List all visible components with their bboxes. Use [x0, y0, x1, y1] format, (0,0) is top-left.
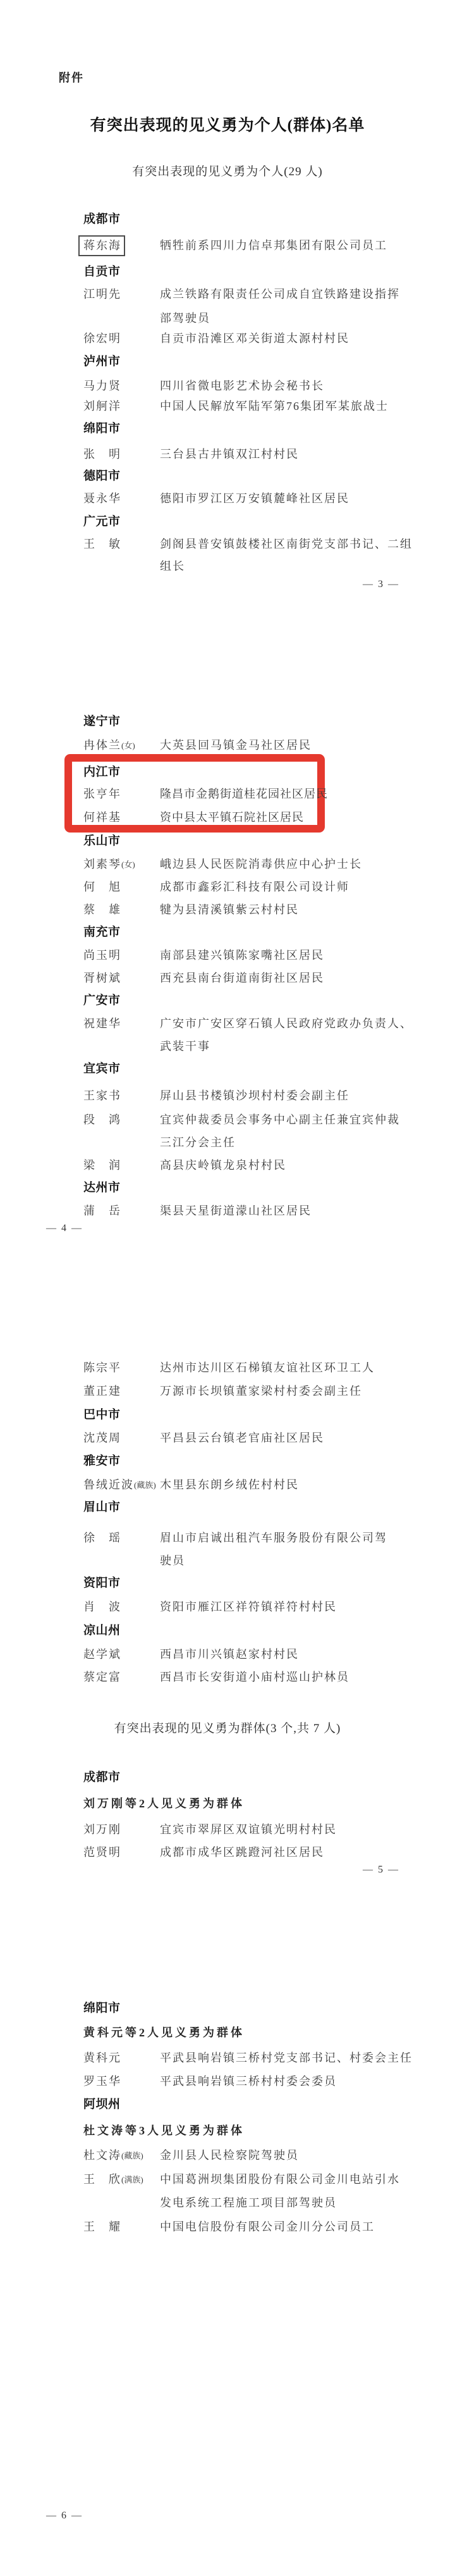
- person-desc-line: 平武县响岩镇三桥村党支部书记、村委会主任: [160, 2052, 413, 2065]
- person-desc-line: 眉山市启诚出租汽车服务股份有限公司驾: [160, 1532, 387, 1545]
- person-name: 刘舸洋: [83, 400, 120, 413]
- person-name: 鲁绒近波: [83, 1478, 133, 1492]
- person-desc-line: 西昌市川兴镇赵家村村民: [160, 1648, 299, 1661]
- person-desc-line: 成都市鑫彩汇科技有限公司设计师: [160, 881, 349, 894]
- person-desc-line: 南部县建兴镇陈家嘴社区居民: [160, 949, 324, 962]
- person-name-suffix: (藏族): [121, 2152, 143, 2161]
- person-desc-line: 三江分会主任: [160, 1136, 236, 1149]
- person-desc-line: 平武县响岩镇三桥村村委会委员: [160, 2075, 337, 2088]
- group-heading: 黄科元等2人见义勇为群体: [83, 2026, 245, 2040]
- person-desc-line: 屏山县书楼镇沙坝村村委会副主任: [160, 1089, 349, 1103]
- group-heading: 刘万刚等2人见义勇为群体: [83, 1797, 245, 1811]
- person-name: 徐宏明: [83, 332, 120, 345]
- person-desc-line: 三台县古井镇双江村村民: [160, 448, 299, 461]
- person-name: 聂永华: [83, 492, 120, 505]
- doc-subtitle: 有突出表现的见义勇为个人(29 人): [0, 165, 455, 179]
- city-heading: 泸州市: [83, 355, 121, 369]
- person-desc-line: 四川省微电影艺术协会秘书长: [160, 380, 324, 393]
- person-desc-line: 中国人民解放军陆军第76集团军某旅战士: [160, 400, 389, 413]
- person-name: 徐瑶: [83, 1532, 120, 1545]
- city-heading: 成都市: [83, 1771, 121, 1785]
- person-desc-line: 牺牲前系四川力信卓邦集团有限公司员工: [160, 239, 387, 252]
- person-desc-line: 西昌市长安街道小庙村巡山护林员: [160, 1671, 349, 1684]
- doc-title: 有突出表现的见义勇为个人(群体)名单: [0, 117, 455, 135]
- person-desc-line: 组长: [160, 560, 185, 573]
- person-name-suffix: (藏族): [134, 1481, 156, 1490]
- person-desc-line: 宜宾市翠屏区双谊镇光明村村民: [160, 1823, 337, 1836]
- city-heading: 达州市: [83, 1181, 121, 1195]
- person-name: 王家书: [83, 1089, 120, 1103]
- person-desc-line: 宜宾仲裁委员会事务中心副主任兼宜宾仲裁: [160, 1113, 400, 1127]
- person-name: 何祥基: [83, 811, 120, 824]
- person-desc-line: 发电系统工程施工项目部驾驶员: [160, 2196, 337, 2210]
- person-name: 江明先: [83, 288, 120, 301]
- city-heading: 自贡市: [83, 265, 121, 279]
- city-heading: 凉山州: [83, 1624, 121, 1638]
- person-desc-line: 高县庆岭镇龙泉村村民: [160, 1159, 286, 1172]
- page-number: — 3 —: [363, 579, 399, 590]
- person-name: 肖波: [83, 1601, 120, 1614]
- person-desc-line: 平昌县云台镇老官庙社区居民: [160, 1432, 324, 1445]
- person-desc-line: 成都市成华区跳蹬河社区居民: [160, 1846, 324, 1859]
- person-name: 黄科元: [83, 2052, 120, 2065]
- person-desc-line: 部驾驶员: [160, 312, 210, 325]
- person-name: 蒋东海: [78, 235, 125, 256]
- person-desc-line: 西充县南台街道南街社区居民: [160, 972, 324, 985]
- person-name: 蔡雄: [83, 903, 120, 917]
- person-desc-line: 剑阁县普安镇鼓楼社区南街党支部书记、二组: [160, 538, 413, 551]
- person-desc-line: 驶员: [160, 1554, 185, 1568]
- person-name-suffix: (女): [121, 860, 135, 870]
- document-canvas: 附件有突出表现的见义勇为个人(群体)名单有突出表现的见义勇为个人(29 人)成都…: [0, 0, 455, 2576]
- person-desc-line: 成兰铁路有限责任公司成自宜铁路建设指挥: [160, 288, 400, 301]
- person-desc-line: 资阳市雁江区祥符镇祥符村村民: [160, 1601, 337, 1614]
- city-heading: 绵阳市: [83, 2002, 121, 2016]
- city-heading: 内江市: [83, 765, 121, 779]
- person-name: 赵学斌: [83, 1648, 120, 1661]
- person-desc-line: 资中县太平镇石院社区居民: [160, 811, 304, 824]
- person-desc-line: 德阳市罗江区万安镇麓峰社区居民: [160, 492, 349, 505]
- person-desc-line: 达州市达川区石梯镇友谊社区环卫工人: [160, 1361, 375, 1375]
- person-name: 梁润: [83, 1159, 120, 1172]
- person-name: 范贤明: [83, 1846, 120, 1859]
- person-name: 冉体兰: [83, 739, 120, 752]
- person-desc-line: 金川县人民检察院驾驶员: [160, 2149, 299, 2162]
- city-heading: 雅安市: [83, 1454, 121, 1468]
- city-heading: 资阳市: [83, 1576, 121, 1590]
- person-desc-line: 大英县回马镇金马社区居民: [160, 739, 312, 752]
- person-name: 胥树斌: [83, 972, 120, 985]
- page-number: — 6 —: [46, 2510, 83, 2522]
- person-name: 蒲岳: [83, 1204, 120, 1218]
- attachment-label: 附件: [59, 71, 84, 85]
- person-desc-line: 武装干事: [160, 1040, 210, 1053]
- city-heading: 巴中市: [83, 1408, 121, 1422]
- person-desc-line: 广安市广安区穿石镇人民政府党政办负责人、: [160, 1017, 413, 1031]
- person-name: 罗玉华: [83, 2075, 120, 2088]
- group-heading: 杜文涛等3人见义勇为群体: [83, 2124, 245, 2138]
- city-heading: 广安市: [83, 994, 121, 1008]
- person-name: 董正建: [83, 1385, 120, 1398]
- person-desc-line: 峨边县人民医院消毒供应中心护士长: [160, 858, 362, 871]
- person-desc-line: 犍为县清溪镇紫云村村民: [160, 903, 299, 917]
- person-name-suffix: (满族): [121, 2176, 143, 2185]
- city-heading: 广元市: [83, 515, 121, 529]
- person-name: 何旭: [83, 881, 120, 894]
- person-name: 王欣: [83, 2173, 120, 2186]
- person-name: 陈宗平: [83, 1361, 120, 1375]
- person-desc-line: 自贡市沿滩区邓关街道太源村村民: [160, 332, 349, 345]
- person-desc-line: 万源市长坝镇董家梁村村委会副主任: [160, 1385, 362, 1398]
- person-name: 祝建华: [83, 1017, 120, 1031]
- person-name: 马力贤: [83, 380, 120, 393]
- person-desc-line: 隆昌市金鹅街道桂花园社区居民: [160, 788, 328, 801]
- city-heading: 绵阳市: [83, 422, 121, 436]
- doc-subtitle: 有突出表现的见义勇为群体(3 个,共 7 人): [0, 1722, 455, 1736]
- person-name: 王耀: [83, 2220, 120, 2234]
- person-name: 刘素琴: [83, 858, 120, 871]
- page-number: — 4 —: [46, 1223, 83, 1234]
- person-desc-line: 中国葛洲坝集团股份有限公司金川电站引水: [160, 2173, 400, 2186]
- person-name: 刘万刚: [83, 1823, 120, 1836]
- city-heading: 德阳市: [83, 469, 121, 483]
- person-name: 蔡定富: [83, 1671, 120, 1684]
- city-heading: 眉山市: [83, 1501, 121, 1514]
- person-name: 杜文涛: [83, 2149, 120, 2162]
- city-heading: 乐山市: [83, 834, 121, 848]
- person-desc-line: 木里县东朗乡绒佐村村民: [160, 1478, 299, 1492]
- person-desc-line: 渠县天星街道濛山社区居民: [160, 1204, 312, 1218]
- city-heading: 遂宁市: [83, 715, 121, 729]
- city-heading: 阿坝州: [83, 2098, 121, 2112]
- city-heading: 宜宾市: [83, 1062, 121, 1076]
- person-name: 张明: [83, 448, 120, 461]
- person-name: 沈茂周: [83, 1432, 120, 1445]
- person-name: 王敏: [83, 538, 120, 551]
- person-name: 张亨年: [83, 788, 120, 801]
- page-number: — 5 —: [363, 1864, 399, 1876]
- person-name: 段鸿: [83, 1113, 120, 1127]
- person-desc-line: 中国电信股份有限公司金川分公司员工: [160, 2220, 375, 2234]
- person-name-suffix: (女): [121, 741, 135, 751]
- person-name: 尚玉明: [83, 949, 120, 962]
- city-heading: 成都市: [83, 213, 121, 226]
- city-heading: 南充市: [83, 926, 121, 939]
